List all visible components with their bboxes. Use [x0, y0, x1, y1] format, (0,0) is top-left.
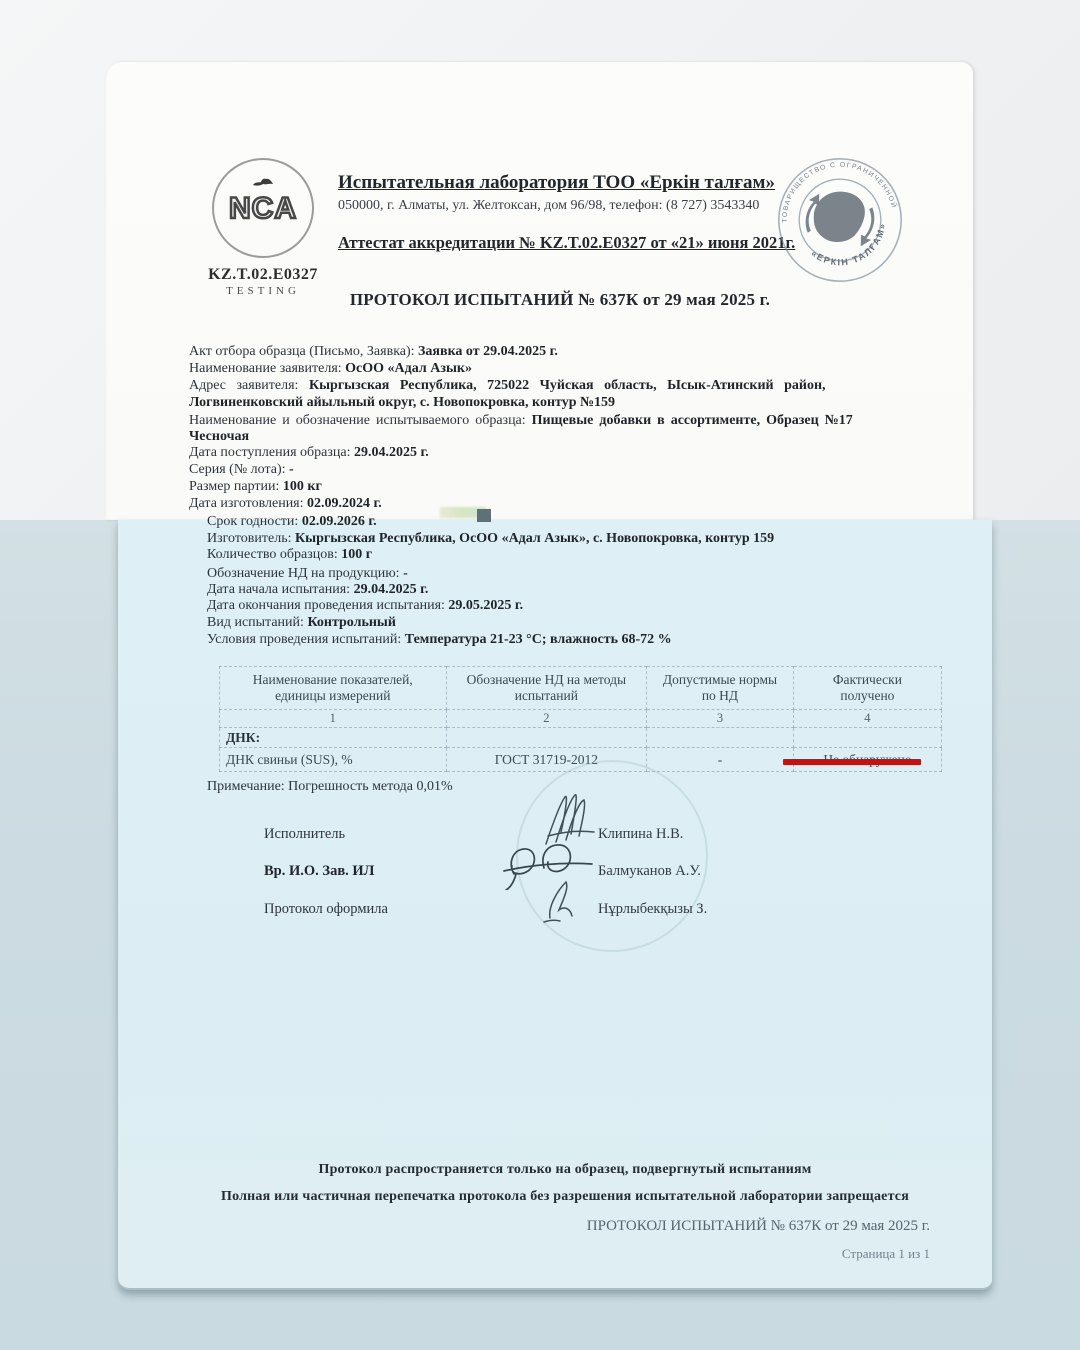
field-nd-designation: Обозначение НД на продукцию: - — [207, 566, 408, 582]
cell-norm: - — [647, 748, 794, 772]
table-number-row: 1 2 3 4 — [220, 710, 942, 728]
results-table: Наименование показателей, единицы измере… — [219, 666, 942, 772]
field-test-type: Вид испытаний: Контрольный — [207, 615, 396, 631]
field-expiry-date: Срок годности: 02.09.2026 г. — [207, 514, 377, 530]
nca-accreditation-logo: NCA KZ.T.02.E0327 TESTING — [198, 158, 328, 297]
document-title: ПРОТОКОЛ ИСПЫТАНИЙ № 637К от 29 мая 2025… — [180, 290, 940, 310]
lab-address: 050000, г. Алматы, ул. Желтоксан, дом 96… — [338, 198, 778, 214]
eagle-icon — [252, 176, 274, 190]
result-red-underline — [783, 759, 921, 765]
field-test-conditions: Условия проведения испытаний: Температур… — [207, 632, 672, 648]
field-production-date: Дата изготовления: 02.09.2024 г. — [189, 496, 382, 512]
signature-name-nurlybekkyzy: Нұрлыбекқызы З. — [598, 901, 707, 918]
signature-role-executor: Исполнитель — [264, 826, 345, 843]
footer-scope-line: Протокол распространяется только на обра… — [150, 1162, 980, 1178]
lab-name: Испытательная лаборатория ТОО «Еркін тал… — [338, 172, 778, 194]
field-test-start-date: Дата начала испытания: 29.04.2025 г. — [207, 582, 428, 598]
field-applicant-address: Адрес заявителя: Кыргызская Республика, … — [189, 378, 826, 394]
nca-cert-number: KZ.T.02.E0327 — [198, 266, 328, 284]
field-batch-size: Размер партии: 100 кг — [189, 479, 322, 495]
col-header-norm: Допустимые нормы по НД — [647, 667, 794, 710]
nca-circle: NCA — [212, 158, 314, 258]
field-manufacturer: Изготовитель: Кыргызская Республика, ОсО… — [207, 531, 774, 547]
nca-word: NCA — [214, 192, 312, 226]
field-applicant-name: Наименование заявителя: ОсОО «Адал Азык» — [189, 361, 472, 377]
note-line: Примечание: Погрешность метода 0,01% — [207, 779, 453, 795]
seam-cursor-artifact — [477, 509, 491, 522]
field-lot-series: Серия (№ лота): - — [189, 462, 294, 478]
signature-role-head: Вр. И.О. Зав. ИЛ — [264, 863, 375, 880]
lab-header: Испытательная лаборатория ТОО «Еркін тал… — [338, 172, 778, 253]
field-receipt-date: Дата поступления образца: 29.04.2025 г. — [189, 445, 429, 461]
col-header-indicator: Наименование показателей, единицы измере… — [220, 667, 447, 710]
field-applicant-address-2: Логвиненковский айыльный округ, с. Новоп… — [189, 395, 615, 411]
cell-indicator: ДНК свиньи (SUS), % — [220, 748, 447, 772]
table-group-row: ДНК: — [220, 728, 942, 748]
field-sample-name-2: Чесночая — [189, 429, 249, 445]
signature-squiggle-3 — [536, 878, 588, 924]
field-act-otbora: Акт отбора образца (Письмо, Заявка): Зая… — [189, 344, 558, 360]
footer-reprint-line: Полная или частичная перепечатка протоко… — [150, 1189, 980, 1205]
signature-name-balmukanov: Балмуканов А.У. — [598, 863, 701, 880]
field-sample-quantity: Количество образцов: 100 г — [207, 547, 372, 563]
signature-name-klipina: Клипина Н.В. — [598, 826, 683, 843]
footer-protocol-ref: ПРОТОКОЛ ИСПЫТАНИЙ № 637К от 29 мая 2025… — [587, 1218, 930, 1235]
lab-accreditation: Аттестат аккредитации № KZ.T.02.E0327 от… — [338, 233, 778, 253]
col-header-result: Фактически получено — [793, 667, 941, 710]
table-header-row: Наименование показателей, единицы измере… — [220, 667, 942, 710]
scanned-protocol-screenshot: NCA KZ.T.02.E0327 TESTING Испытательная … — [0, 0, 1080, 1350]
signature-role-drafter: Протокол оформила — [264, 901, 388, 918]
footer-page-number: Страница 1 из 1 — [842, 1246, 930, 1262]
col-header-method: Обозначение НД на методы испытаний — [446, 667, 647, 710]
company-round-stamp: ТОВАРИЩЕСТВО С ОГРАНИЧЕННОЙ ОТВЕТСТВЕННО… — [761, 141, 919, 299]
field-sample-name: Наименование и обозначение испытываемого… — [189, 413, 853, 429]
field-test-end-date: Дата окончания проведения испытания: 29.… — [207, 598, 523, 614]
